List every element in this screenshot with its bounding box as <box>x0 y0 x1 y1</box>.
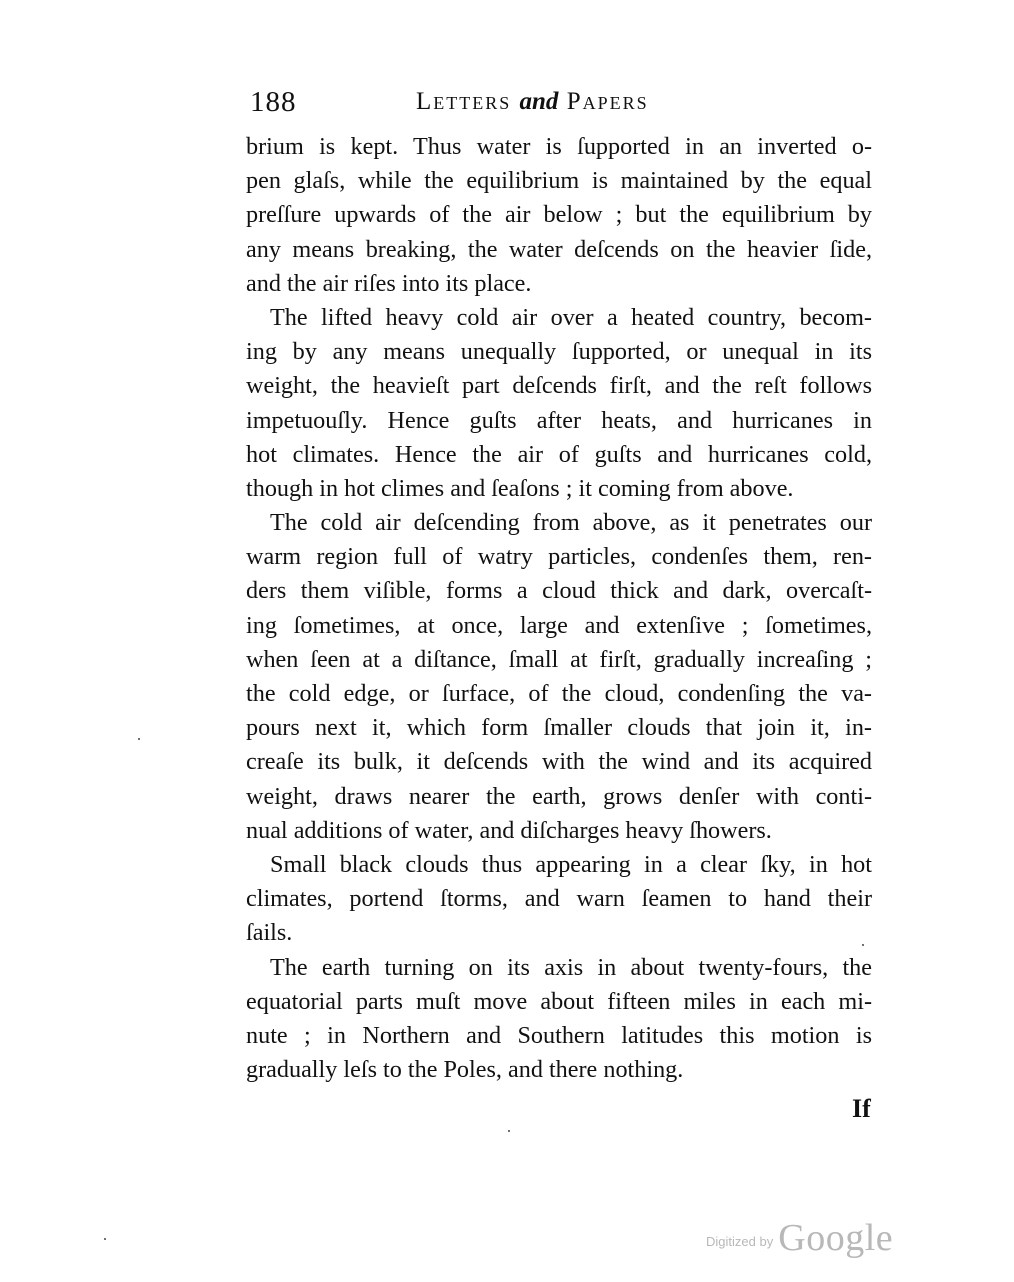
text-line: the cold edge, or ſurface, of the cloud,… <box>246 677 872 711</box>
body-text: brium is kept. Thus water is ſupported i… <box>246 130 872 1087</box>
text-line: brium is kept. Thus water is ſupported i… <box>246 130 872 164</box>
running-title-pre: Letters <box>416 88 520 115</box>
text-line: ing by any means unequally ſupported, or… <box>246 335 872 369</box>
watermark-prefix: Digitized by <box>706 1234 773 1249</box>
text-line: though in hot climes and ſeaſons ; it co… <box>246 472 872 506</box>
text-line: nual additions of water, and diſcharges … <box>246 814 872 848</box>
text-line: The cold air deſcending from above, as i… <box>246 506 872 540</box>
text-line: equatorial parts muſt move about fifteen… <box>246 985 872 1019</box>
text-line: weight, the heavieſt part deſcends firſt… <box>246 369 872 403</box>
text-line: warm region full of watry particles, con… <box>246 540 872 574</box>
text-line: climates, portend ſtorms, and warn ſeame… <box>246 882 872 916</box>
text-line: The lifted heavy cold air over a heated … <box>246 301 872 335</box>
text-line: hot climates. Hence the air of guſts and… <box>246 438 872 472</box>
catchword: If <box>852 1094 871 1124</box>
text-line: and the air riſes into its place. <box>246 267 872 301</box>
paragraph: The lifted heavy cold air over a heated … <box>246 301 872 506</box>
paragraph: brium is kept. Thus water is ſupported i… <box>246 130 872 301</box>
book-page: 188 Letters and Papers brium is kept. Th… <box>0 0 1014 1282</box>
scan-speck <box>138 738 140 740</box>
paragraph: The cold air deſcending from above, as i… <box>246 506 872 848</box>
running-title-post: Papers <box>558 88 648 115</box>
scan-speck <box>862 944 864 946</box>
text-line: pours next it, which form ſmaller clouds… <box>246 711 872 745</box>
digitized-by-google-watermark: Digitized by Google <box>706 1216 893 1260</box>
paragraph: The earth turning on its axis in about t… <box>246 951 872 1088</box>
text-line: nute ; in Northern and Southern latitude… <box>246 1019 872 1053</box>
text-line: any means breaking, the water deſcends o… <box>246 233 872 267</box>
text-line: preſſure upwards of the air below ; but … <box>246 198 872 232</box>
text-line: pen glaſs, while the equilibrium is main… <box>246 164 872 198</box>
page-header: 188 Letters and Papers <box>246 86 876 126</box>
text-line: Small black clouds thus appearing in a c… <box>246 848 872 882</box>
text-line: ſails. <box>246 916 872 950</box>
scan-speck <box>104 1238 106 1240</box>
text-line: creaſe its bulk, it deſcends with the wi… <box>246 745 872 779</box>
text-line: gradually leſs to the Poles, and there n… <box>246 1053 872 1087</box>
text-line: impetuouſly. Hence guſts after heats, an… <box>246 404 872 438</box>
scan-speck <box>508 1130 510 1132</box>
paragraph: Small black clouds thus appearing in a c… <box>246 848 872 951</box>
text-line: The earth turning on its axis in about t… <box>246 951 872 985</box>
text-line: weight, draws nearer the earth, grows de… <box>246 780 872 814</box>
text-line: when ſeen at a diſtance, ſmall at firſt,… <box>246 643 872 677</box>
text-line: ders them viſible, forms a cloud thick a… <box>246 574 872 608</box>
page-number: 188 <box>250 86 297 119</box>
running-title: Letters and Papers <box>416 88 649 116</box>
google-logo-text: Google <box>778 1217 893 1259</box>
text-line: ing ſometimes, at once, large and extenſ… <box>246 609 872 643</box>
running-title-and: and <box>520 88 559 115</box>
